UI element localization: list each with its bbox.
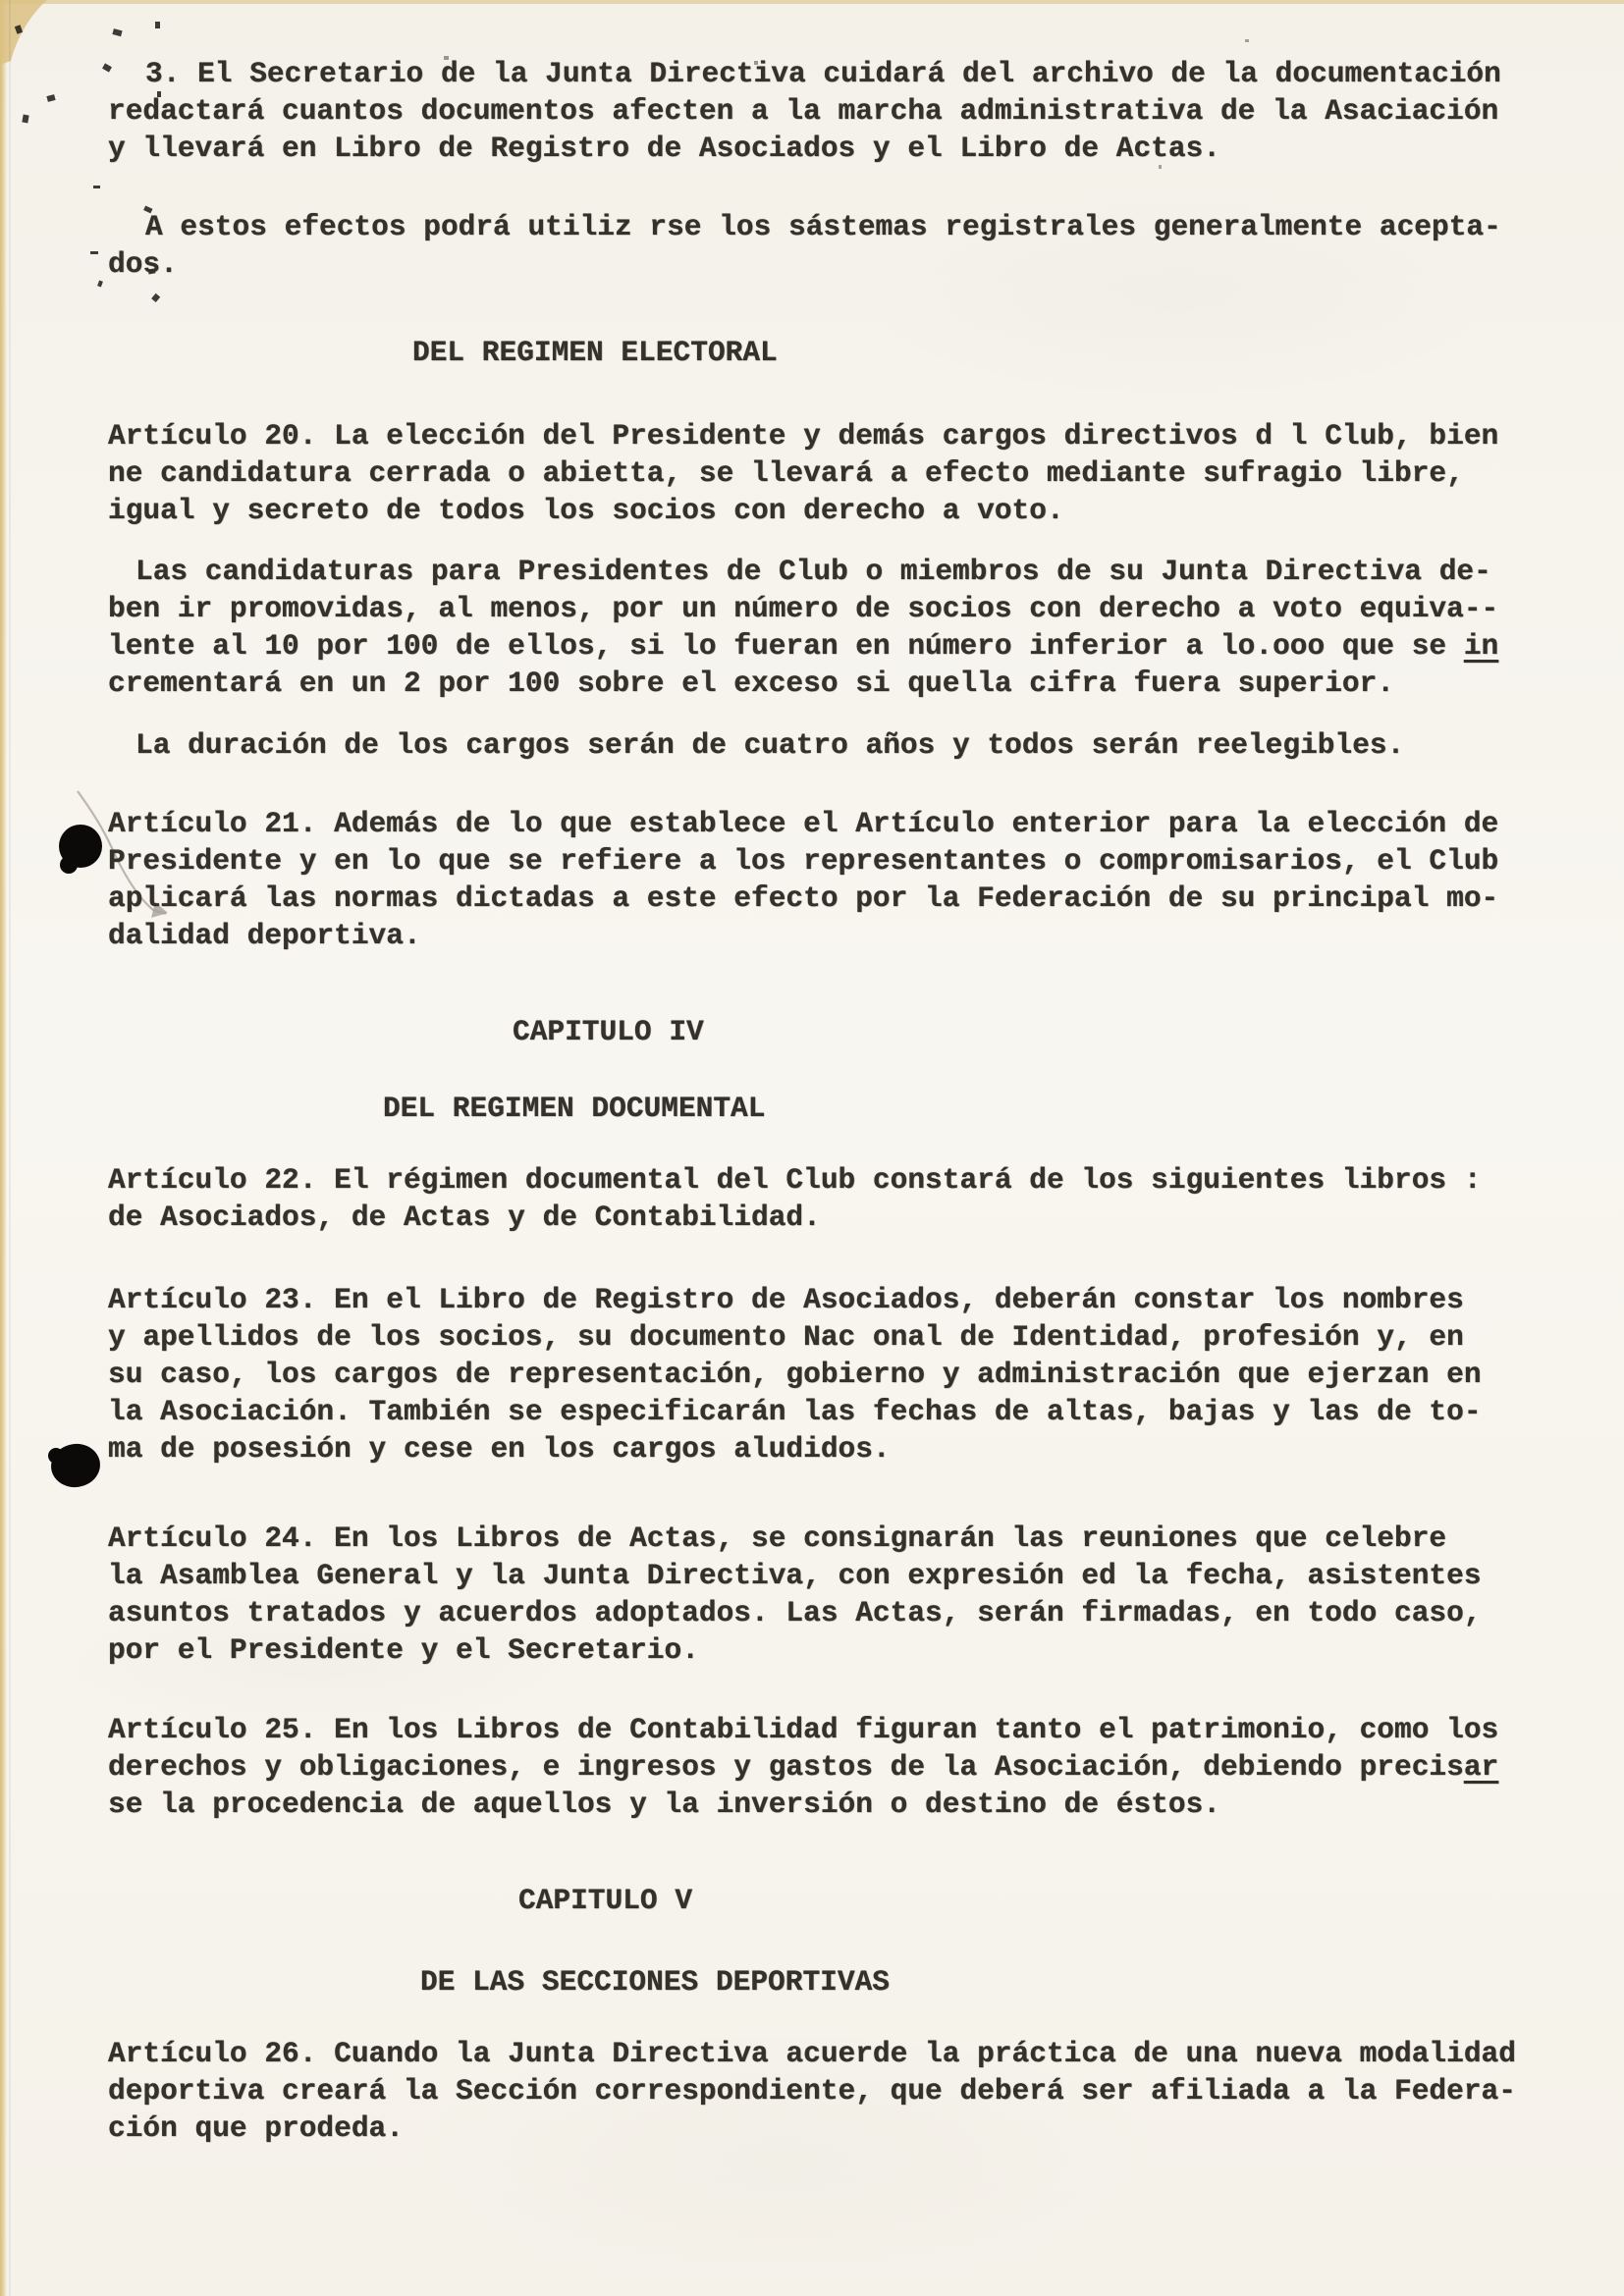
heading-secciones-deportivas: DE LAS SECCIONES DEPORTIVAS: [420, 1963, 890, 2001]
text-line: ma de posesión y cese en los cargos alud…: [108, 1430, 1482, 1468]
text-line: Presidente y en lo que se refiere a los …: [108, 842, 1498, 880]
text-line: la Asociación. También se especificarán …: [108, 1393, 1482, 1430]
text-line: ción que prodeda.: [108, 2109, 1516, 2147]
text-line: Artículo 22. El régimen documental del C…: [108, 1161, 1482, 1199]
text-line: CAPITULO IV: [513, 1013, 704, 1050]
text-line: igual y secreto de todos los socios con …: [108, 492, 1498, 529]
text-line: ne candidatura cerrada o abietta, se lle…: [108, 454, 1498, 492]
heading-capitulo-iv: CAPITULO IV: [513, 1013, 704, 1050]
text-line: y llevará en Libro de Registro de Asocia…: [108, 130, 1501, 167]
text-line: Artículo 26. Cuando la Junta Directiva a…: [108, 2035, 1516, 2072]
heading-regimen-documental: DEL REGIMEN DOCUMENTAL: [383, 1090, 765, 1127]
text-line: lente al 10 por 100 de ellos, si lo fuer…: [108, 627, 1498, 665]
articulo-24: Artículo 24. En los Libros de Actas, se …: [108, 1520, 1482, 1669]
para-las-candidaturas: Las candidaturas para Presidentes de Clu…: [108, 553, 1498, 702]
articulo-25: Artículo 25. En los Libros de Contabilid…: [108, 1711, 1498, 1823]
articulo-26: Artículo 26. Cuando la Junta Directiva a…: [108, 2035, 1516, 2147]
text-line: de Asociados, de Actas y de Contabilidad…: [108, 1199, 1482, 1236]
underlined-text: in: [1464, 629, 1498, 663]
text-line: deportiva creará la Sección correspondie…: [108, 2072, 1516, 2109]
articulo-22: Artículo 22. El régimen documental del C…: [108, 1161, 1482, 1236]
text-line: Artículo 25. En los Libros de Contabilid…: [108, 1711, 1498, 1748]
text-line: CAPITULO V: [518, 1882, 692, 1919]
text-line: Artículo 23. En el Libro de Registro de …: [108, 1281, 1482, 1318]
underlined-text: ar: [1464, 1750, 1498, 1784]
text-line: dalidad deportiva.: [108, 917, 1498, 954]
typewritten-text: 3. El Secretario de la Junta Directiva c…: [0, 0, 1624, 2296]
text-line: la Asamblea General y la Junta Directiva…: [108, 1557, 1482, 1594]
text-line: La duración de los cargos serán de cuatr…: [108, 726, 1404, 764]
articulo-23: Artículo 23. En el Libro de Registro de …: [108, 1281, 1482, 1468]
heading-capitulo-v: CAPITULO V: [518, 1882, 692, 1919]
text-line: asuntos tratados y acuerdos adoptados. L…: [108, 1594, 1482, 1631]
para-secretario: 3. El Secretario de la Junta Directiva c…: [108, 55, 1501, 167]
text-line: por el Presidente y el Secretario.: [108, 1631, 1482, 1669]
text-line: DEL REGIMEN DOCUMENTAL: [383, 1090, 765, 1127]
articulo-20: Artículo 20. La elección del Presidente …: [108, 417, 1498, 529]
text-line: Artículo 21. Además de lo que establece …: [108, 805, 1498, 842]
text-line: se la procedencia de aquellos y la inver…: [108, 1786, 1498, 1823]
para-la-duracion: La duración de los cargos serán de cuatr…: [108, 726, 1404, 764]
para-a-estos: A estos efectos podrá utiliz rse los sás…: [108, 208, 1501, 283]
text-line: su caso, los cargos de representación, g…: [108, 1356, 1482, 1393]
text-line: Artículo 20. La elección del Presidente …: [108, 417, 1498, 454]
text-line: DE LAS SECCIONES DEPORTIVAS: [420, 1963, 890, 2001]
text-line: crementará en un 2 por 100 sobre el exce…: [108, 665, 1498, 702]
heading-regimen-electoral: DEL REGIMEN ELECTORAL: [412, 334, 778, 371]
text-line: Las candidaturas para Presidentes de Clu…: [108, 553, 1498, 590]
text-line: Artículo 24. En los Libros de Actas, se …: [108, 1520, 1482, 1557]
text-line: ben ir promovidas, al menos, por un núme…: [108, 590, 1498, 627]
text-line: DEL REGIMEN ELECTORAL: [412, 334, 778, 371]
document-page: 3. El Secretario de la Junta Directiva c…: [0, 0, 1624, 2296]
text-line: y apellidos de los socios, su documento …: [108, 1318, 1482, 1356]
text-line: 3. El Secretario de la Junta Directiva c…: [108, 55, 1501, 92]
articulo-21: Artículo 21. Además de lo que establece …: [108, 805, 1498, 954]
text-line: dos.: [108, 245, 1501, 283]
text-line: derechos y obligaciones, e ingresos y ga…: [108, 1748, 1498, 1786]
text-line: redactará cuantos documentos afecten a l…: [108, 92, 1501, 130]
text-line: A estos efectos podrá utiliz rse los sás…: [108, 208, 1501, 245]
text-line: aplicará las normas dictadas a este efec…: [108, 880, 1498, 917]
